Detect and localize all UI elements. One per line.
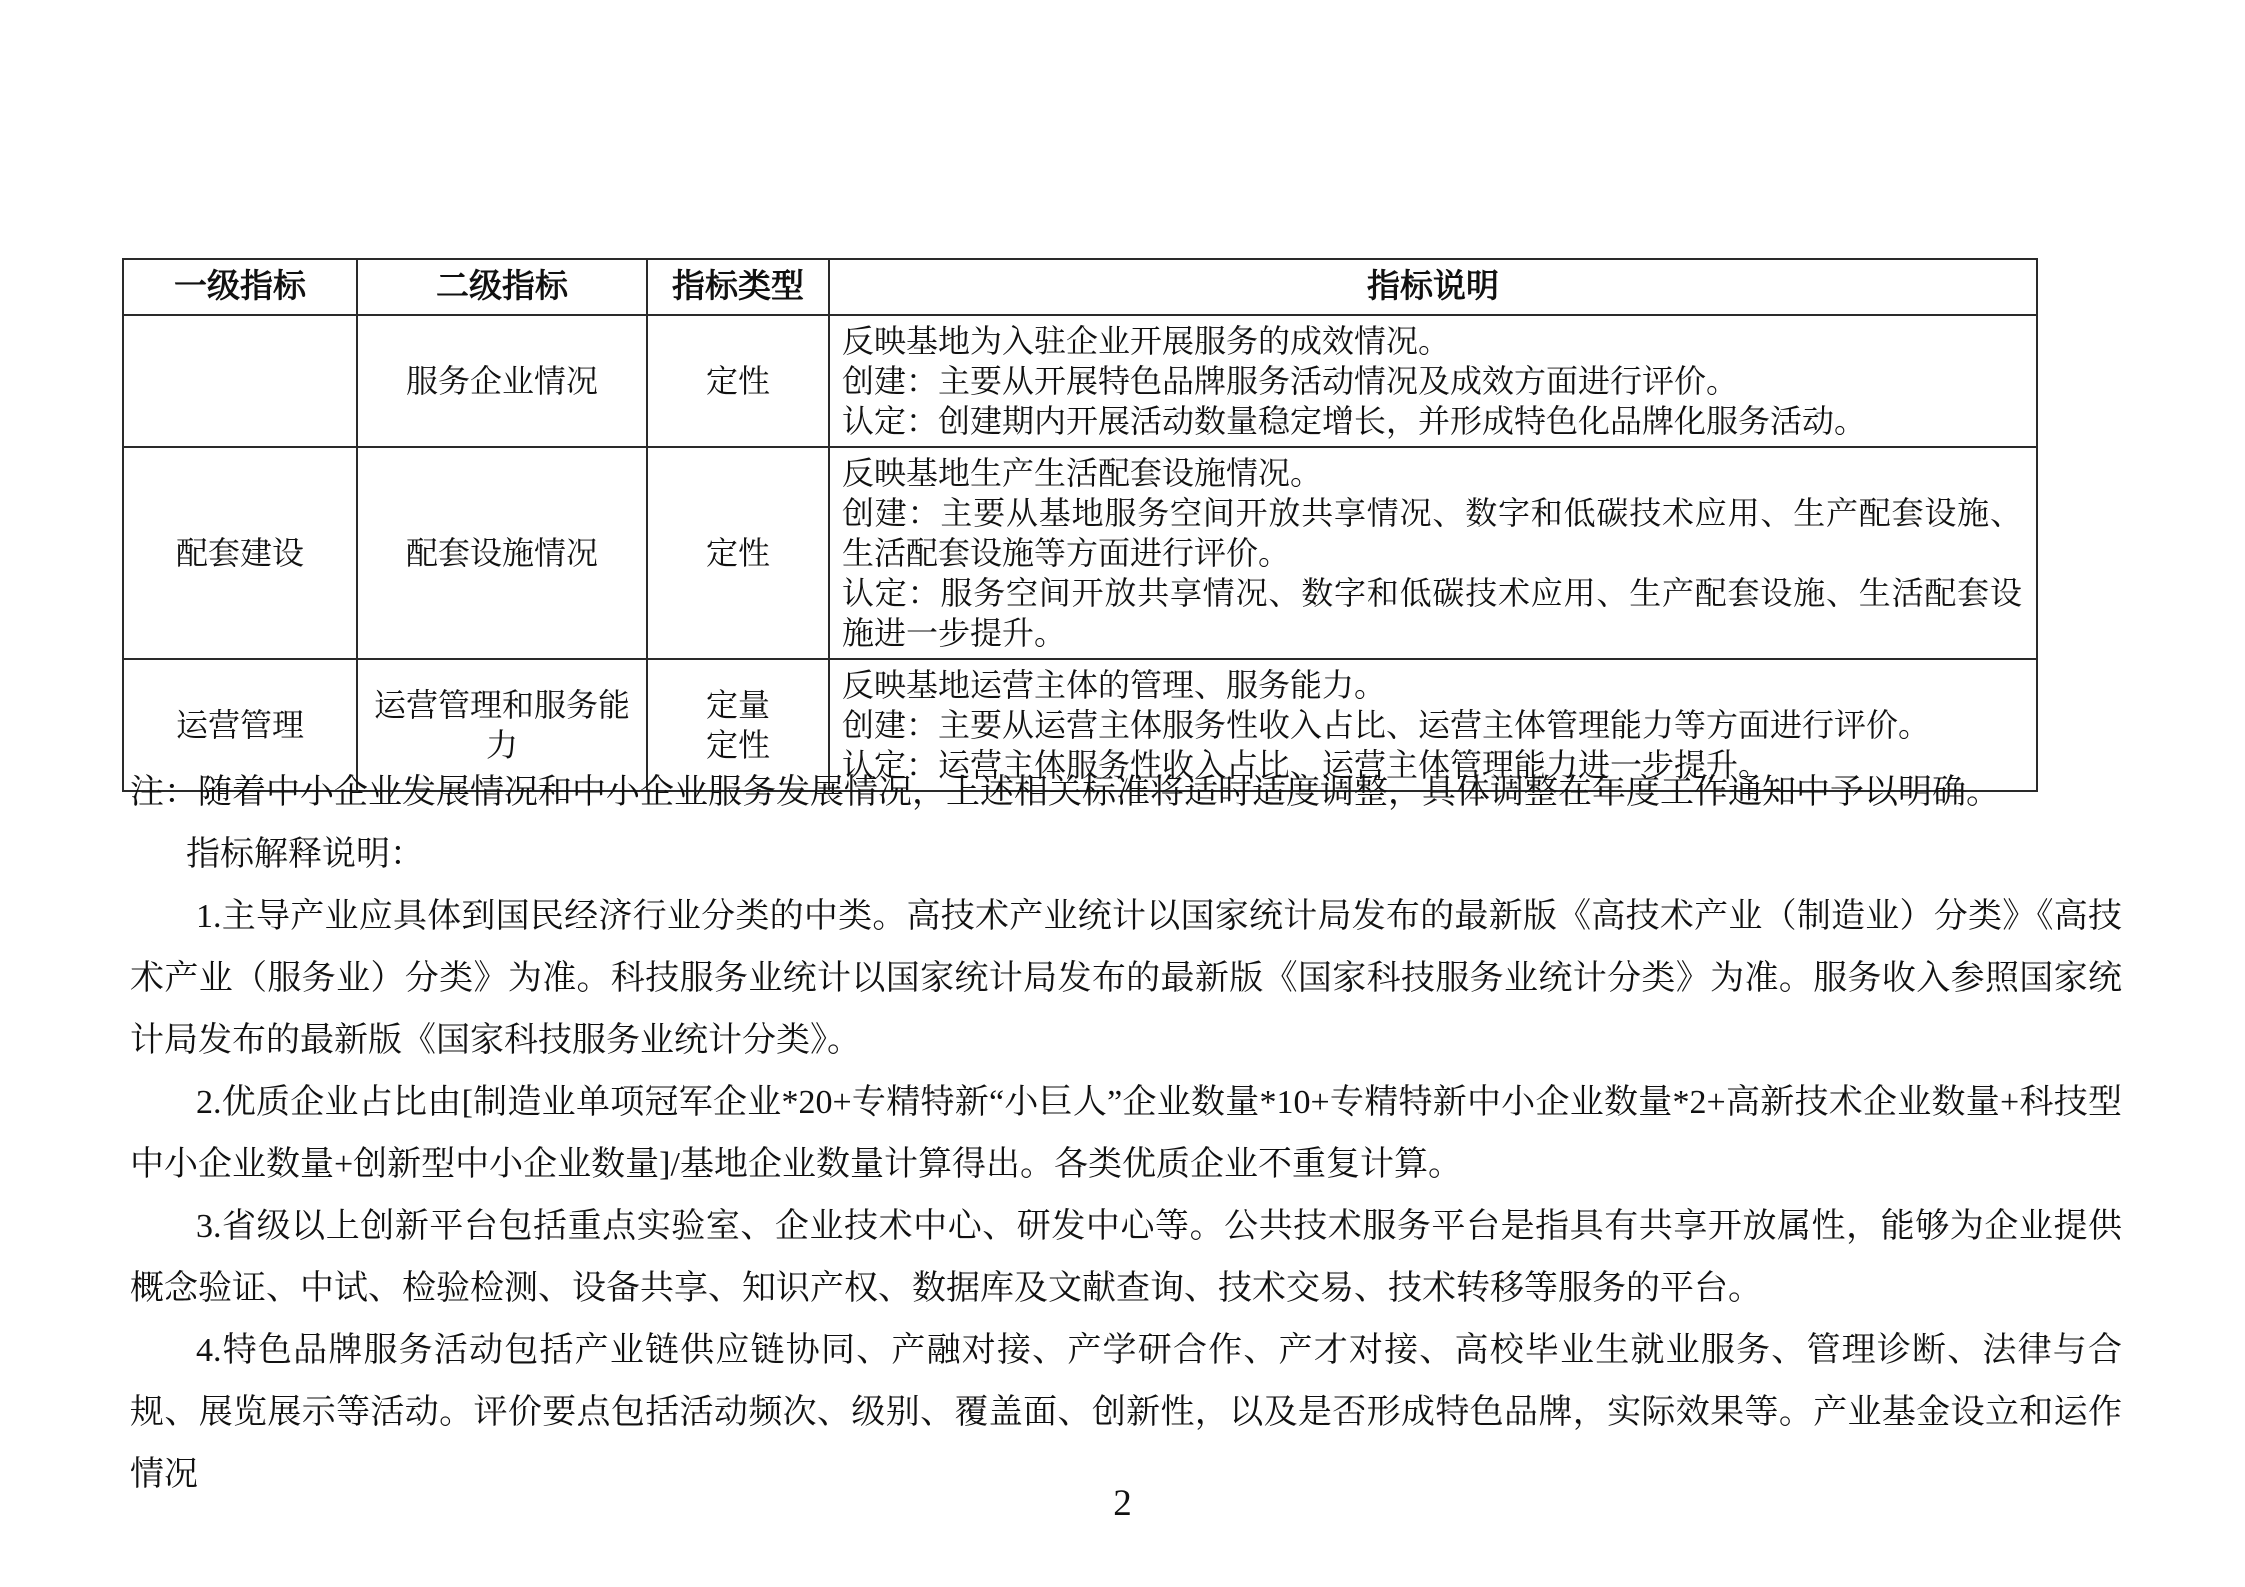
note-paragraph: 1.主导产业应具体到国民经济行业分类的中类。高技术产业统计以国家统计局发布的最新…	[130, 886, 2122, 1072]
cell-level2-indicator: 服务企业情况	[357, 315, 647, 447]
indicator-table: 一级指标 二级指标 指标类型 指标说明 服务企业情况定性反映基地为入驻企业开展服…	[122, 258, 2038, 792]
table-row: 服务企业情况定性反映基地为入驻企业开展服务的成效情况。创建：主要从开展特色品牌服…	[123, 315, 2037, 447]
notes-section: 注：随着中小企业发展情况和中小企业服务发展情况，上述相关标准将适时适度调整，具体…	[130, 762, 2122, 1506]
cell-indicator-type: 定性	[647, 315, 829, 447]
note-paragraph: 2.优质企业占比由[制造业单项冠军企业*20+专精特新“小巨人”企业数量*10+…	[130, 1072, 2122, 1196]
cell-indicator-type: 定性	[647, 447, 829, 659]
cell-indicator-description: 反映基地生产生活配套设施情况。创建：主要从基地服务空间开放共享情况、数字和低碳技…	[829, 447, 2037, 659]
document-page: 一级指标 二级指标 指标类型 指标说明 服务企业情况定性反映基地为入驻企业开展服…	[0, 0, 2245, 1587]
page-number: 2	[0, 1482, 2245, 1525]
description-line: 反映基地为入驻企业开展服务的成效情况。	[842, 321, 2022, 361]
table-row: 配套建设配套设施情况定性反映基地生产生活配套设施情况。创建：主要从基地服务空间开…	[123, 447, 2037, 659]
cell-level2-indicator: 配套设施情况	[357, 447, 647, 659]
note-paragraph: 4.特色品牌服务活动包括产业链供应链协同、产融对接、产学研合作、产才对接、高校毕…	[130, 1320, 2122, 1506]
description-line: 创建：主要从开展特色品牌服务活动情况及成效方面进行评价。	[842, 361, 2022, 401]
cell-level1-indicator: 配套建设	[123, 447, 357, 659]
description-line: 创建：主要从运营主体服务性收入占比、运营主体管理能力等方面进行评价。	[842, 705, 2022, 745]
description-line: 认定：创建期内开展活动数量稳定增长，并形成特色化品牌化服务活动。	[842, 401, 2022, 441]
table-header-row: 一级指标 二级指标 指标类型 指标说明	[123, 259, 2037, 315]
note-line: 注：随着中小企业发展情况和中小企业服务发展情况，上述相关标准将适时适度调整，具体…	[130, 762, 2122, 824]
description-line: 认定：服务空间开放共享情况、数字和低碳技术应用、生产配套设施、生活配套设施进一步…	[842, 573, 2022, 653]
description-line: 反映基地运营主体的管理、服务能力。	[842, 665, 2022, 705]
col-header-level2-indicator: 二级指标	[357, 259, 647, 315]
note-paragraph: 3.省级以上创新平台包括重点实验室、企业技术中心、研发中心等。公共技术服务平台是…	[130, 1196, 2122, 1320]
cell-level1-indicator	[123, 315, 357, 447]
col-header-indicator-type: 指标类型	[647, 259, 829, 315]
description-line: 创建：主要从基地服务空间开放共享情况、数字和低碳技术应用、生产配套设施、生活配套…	[842, 493, 2022, 573]
notes-subtitle: 指标解释说明：	[130, 824, 2122, 886]
note-paragraphs: 1.主导产业应具体到国民经济行业分类的中类。高技术产业统计以国家统计局发布的最新…	[130, 886, 2122, 1506]
col-header-level1-indicator: 一级指标	[123, 259, 357, 315]
description-line: 反映基地生产生活配套设施情况。	[842, 453, 2022, 493]
col-header-indicator-description: 指标说明	[829, 259, 2037, 315]
cell-indicator-description: 反映基地为入驻企业开展服务的成效情况。创建：主要从开展特色品牌服务活动情况及成效…	[829, 315, 2037, 447]
